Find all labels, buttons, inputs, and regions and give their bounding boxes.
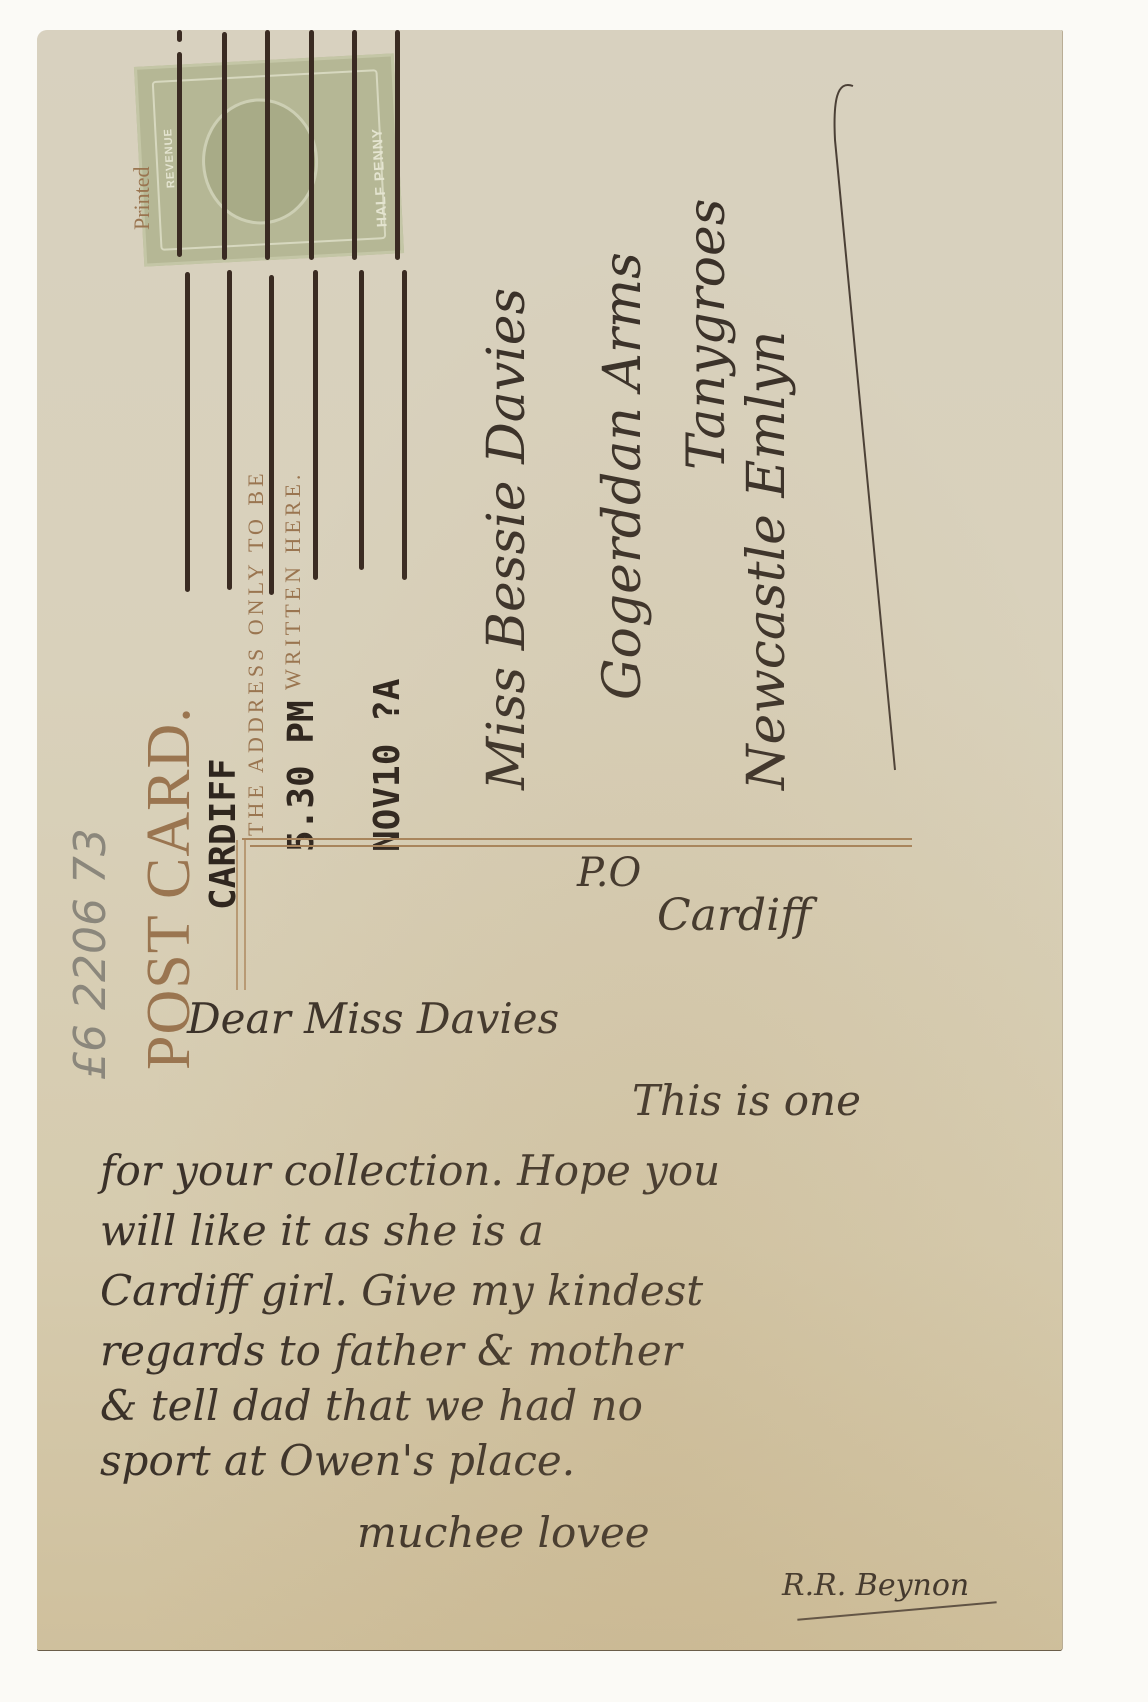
address-line-3: Tanygroes [677, 199, 737, 470]
cancellation-line [227, 270, 232, 590]
cancellation-line [177, 30, 182, 42]
address-instruction-line2: WRITTEN HERE. [280, 471, 306, 690]
message-line: will like it as she is a [100, 1210, 544, 1252]
divider-vertical-line [244, 840, 246, 990]
sender-address-line-1: P.O [577, 850, 641, 896]
message-line: This is one [632, 1080, 861, 1122]
message-closing: muchee lovee [357, 1512, 650, 1554]
address-line-4: Newcastle Emlyn [737, 331, 797, 790]
message-line: & tell dad that we had no [100, 1385, 643, 1427]
message-line: for your collection. Hope you [100, 1150, 720, 1192]
pen-stroke [797, 80, 937, 780]
postmark-time: 5.30 PM [281, 700, 322, 852]
message-line: Cardiff girl. Give my kindest [100, 1270, 703, 1312]
cancellation-line [177, 52, 182, 257]
cancellation-line [222, 32, 227, 260]
divider-line-top [242, 838, 912, 840]
signature: R.R. Beynon [782, 1568, 969, 1603]
address-instruction-line1: THE ADDRESS ONLY TO BE [243, 469, 269, 836]
divider-line-bottom [250, 845, 912, 847]
postmark-date: NOV10 ?A [367, 679, 408, 852]
address-line-1: Miss Bessie Davies [477, 288, 537, 790]
cancellation-line [395, 30, 400, 260]
stamp-denomination: HALF PENNY [373, 223, 389, 228]
cancellation-line [402, 270, 407, 580]
divider-vertical-line [236, 840, 238, 990]
signature-underline [797, 1601, 996, 1620]
address-line-2: Gogerddan Arms [593, 252, 653, 700]
sender-address-line-2: Cardiff [657, 890, 811, 941]
cancellation-line [352, 30, 357, 260]
cancellation-line [313, 270, 318, 580]
cancellation-line [309, 30, 314, 260]
message-salutation: Dear Miss Davies [187, 998, 559, 1040]
cancellation-line [269, 275, 274, 595]
pencil-reference-note: £6 2206 73 [65, 828, 116, 1080]
cancellation-line [265, 30, 270, 260]
message-line: sport at Owen's place. [100, 1440, 575, 1482]
printer-label: Printed [129, 166, 155, 230]
cancellation-line [359, 270, 364, 570]
message-line: regards to father & mother [100, 1330, 682, 1372]
cancellation-line [185, 272, 190, 592]
postcard: HALF PENNY REVENUE Printed POST CARD. TH… [37, 30, 1062, 1650]
